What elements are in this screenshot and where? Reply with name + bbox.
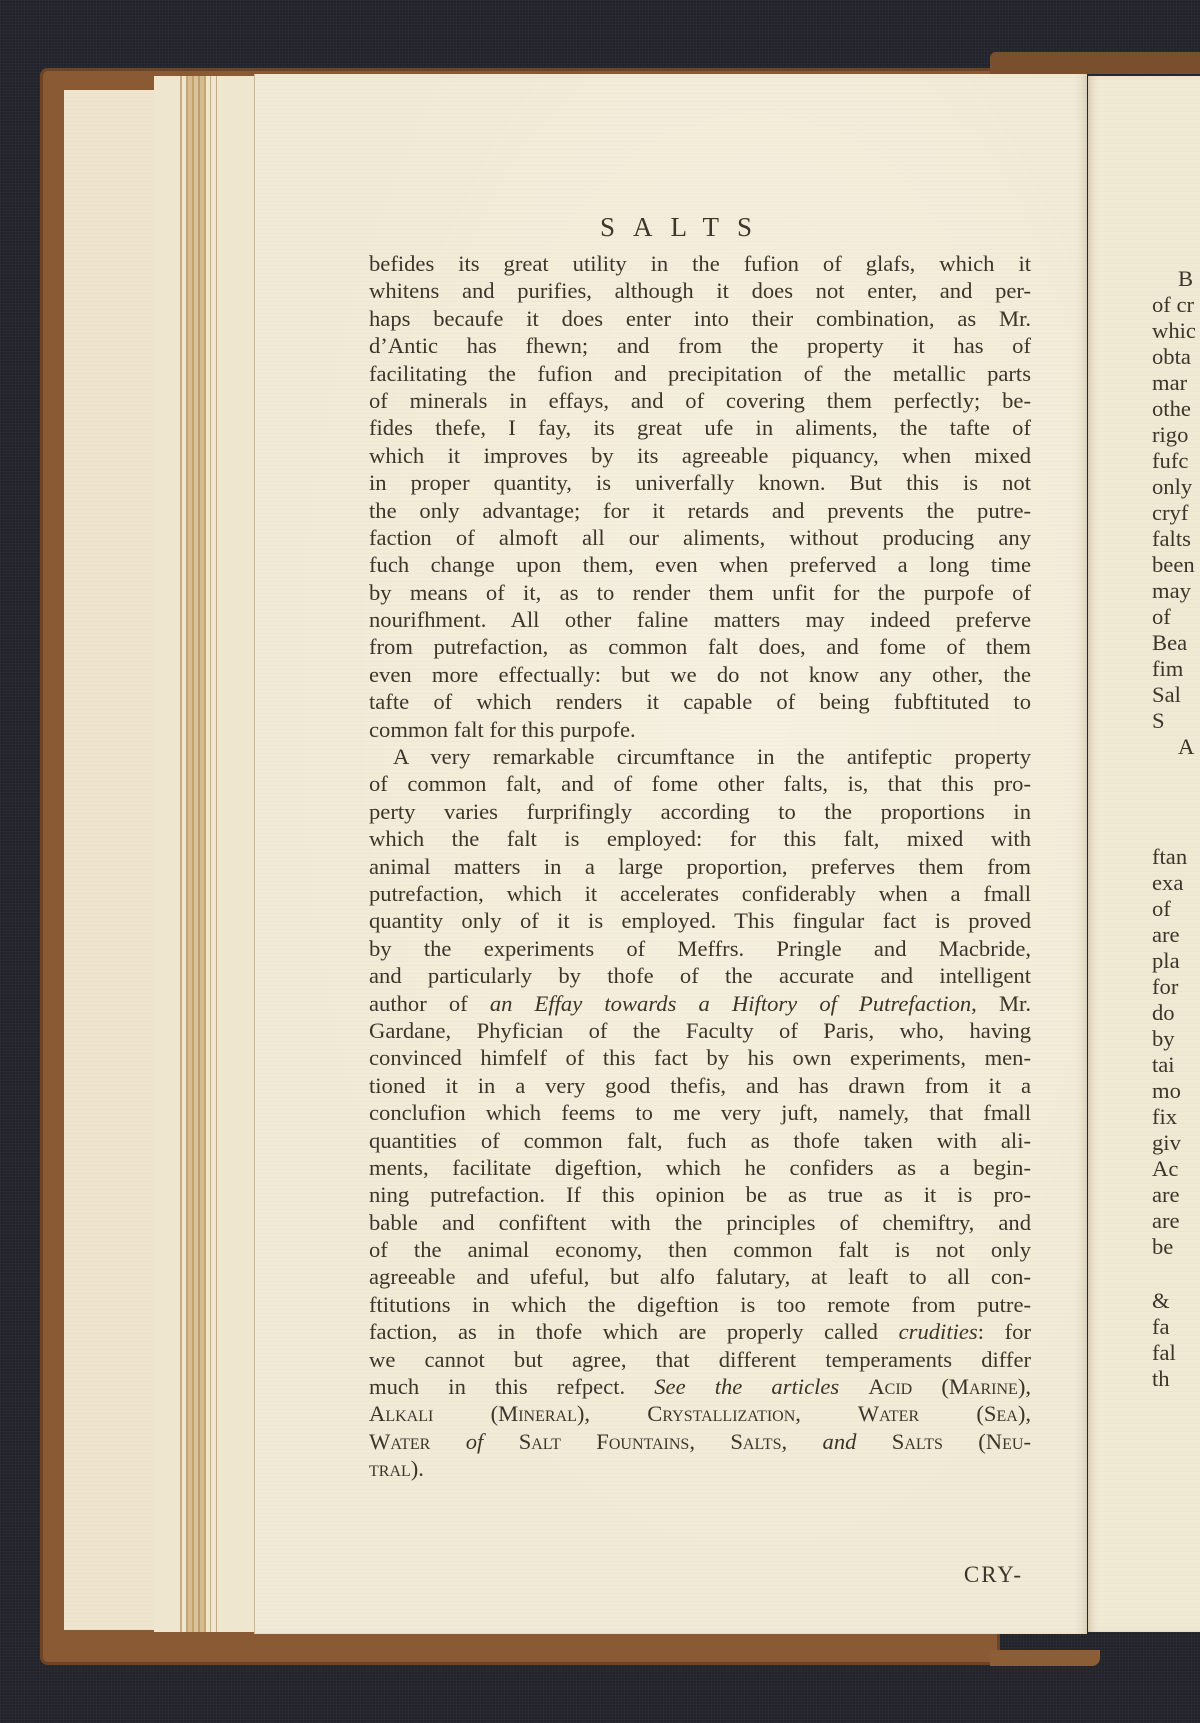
text-line: faction of almoft all our aliments, with… <box>369 524 1031 551</box>
partial-text-line: mar <box>1152 370 1187 396</box>
text-line: Water of Salt Fountains, Salts, and Salt… <box>369 1428 1031 1455</box>
partial-text-line: B <box>1178 266 1193 292</box>
text-line: tioned it in a very good thefis, and has… <box>369 1072 1031 1099</box>
text-line: by means of it, as to render them unfit … <box>369 579 1031 606</box>
partial-text-line: Ac <box>1152 1156 1178 1182</box>
partial-text-line: only <box>1152 474 1192 500</box>
text-line: quantities of common falt, fuch as thofe… <box>369 1127 1031 1154</box>
partial-text-line: tai <box>1152 1052 1175 1078</box>
partial-text-line: & <box>1152 1288 1170 1314</box>
text-line: d’Antic has fhewn; and from the property… <box>369 332 1031 359</box>
text-line: author of an Effay towards a Hiftory of … <box>369 990 1031 1017</box>
text-line: whitens and purifies, although it does n… <box>369 277 1031 304</box>
partial-text-line: mo <box>1152 1078 1181 1104</box>
partial-text-line: A <box>1178 734 1194 760</box>
text-line: nourifhment. All other faline matters ma… <box>369 606 1031 633</box>
text-line: even more effectually: but we do not kno… <box>369 661 1031 688</box>
leather-cover-bottom-edge <box>990 1650 1100 1666</box>
partial-text-line: fa <box>1152 1314 1170 1340</box>
partial-text-line: ftan <box>1152 844 1187 870</box>
text-line: of the animal economy, then common falt … <box>369 1236 1031 1263</box>
text-line: Alkali (Mineral), Crystallization, Water… <box>369 1400 1031 1427</box>
partial-text-line: of <box>1152 896 1171 922</box>
partial-text-line: for <box>1152 974 1178 1000</box>
leather-cover-top-edge <box>990 52 1200 74</box>
partial-text-line: been <box>1152 552 1195 578</box>
text-line: agreeable and ufeful, but alfo falutary,… <box>369 1263 1031 1290</box>
text-line: fides thefe, I fay, its great ufe in ali… <box>369 414 1031 441</box>
text-line: fuch change upon them, even when preferv… <box>369 551 1031 578</box>
text-line: ning putrefaction. If this opinion be as… <box>369 1181 1031 1208</box>
partial-text-line: fix <box>1152 1104 1177 1130</box>
partial-text-line: exa <box>1152 870 1183 896</box>
partial-text-line: are <box>1152 922 1180 948</box>
partial-text-line: pla <box>1152 948 1180 974</box>
partial-text-line: of cr <box>1152 292 1194 318</box>
text-line: haps becaufe it does enter into their co… <box>369 305 1031 332</box>
text-line: convinced himfelf of this fact by his ow… <box>369 1044 1031 1071</box>
partial-text-line: S <box>1152 708 1165 734</box>
text-line: bable and confiftent with the principles… <box>369 1209 1031 1236</box>
text-line: by the experiments of Meffrs. Pringle an… <box>369 935 1031 962</box>
partial-text-line: fal <box>1152 1340 1176 1366</box>
text-line: conclufion which feems to me very juft, … <box>369 1099 1031 1126</box>
right-page-partial: Bof crwhicobtamarotherigofufconlycryffal… <box>1088 76 1200 1632</box>
partial-text-line: by <box>1152 1026 1175 1052</box>
partial-text-line: obta <box>1152 344 1191 370</box>
partial-text-line: whic <box>1152 318 1196 344</box>
text-line: perty varies furprifingly according to t… <box>369 798 1031 825</box>
text-line: which it improves by its agreeable piqua… <box>369 442 1031 469</box>
partial-text-line: othe <box>1152 396 1191 422</box>
partial-text-line: be <box>1152 1234 1173 1260</box>
partial-text-line: giv <box>1152 1130 1181 1156</box>
partial-text-line: are <box>1152 1182 1180 1208</box>
text-line: of common falt, and of fome other falts,… <box>369 770 1031 797</box>
text-line: A very remarkable circumftance in the an… <box>369 743 1031 770</box>
partial-text-line: cryf <box>1152 500 1188 526</box>
text-line: putrefaction, which it accelerates confi… <box>369 880 1031 907</box>
text-line: much in this refpect. See the articles A… <box>369 1373 1031 1400</box>
text-line: faction, as in thofe which are properly … <box>369 1318 1031 1345</box>
left-page: SALTS befides its great utility in the f… <box>254 74 1087 1634</box>
text-line: common falt for this purpofe. <box>369 716 1031 743</box>
partial-text-line: Sal <box>1152 682 1181 708</box>
text-line: quantity only of it is employed. This fi… <box>369 907 1031 934</box>
partial-text-line: rigo <box>1152 422 1188 448</box>
partial-text-line: Bea <box>1152 630 1187 656</box>
partial-text-line: fufc <box>1152 448 1188 474</box>
text-line: which the falt is employed: for this fal… <box>369 825 1031 852</box>
text-line: from putrefaction, as common falt does, … <box>369 633 1031 660</box>
partial-text-line: may <box>1152 578 1191 604</box>
text-line: tafte of which renders it capable of bei… <box>369 688 1031 715</box>
partial-text-line: do <box>1152 1000 1175 1026</box>
partial-text-line: of <box>1152 604 1171 630</box>
catchword: CRY- <box>964 1562 1023 1588</box>
text-line: and particularly by thofe of the accurat… <box>369 962 1031 989</box>
body-text: befides its great utility in the fufion … <box>369 250 1031 1483</box>
text-line: ments, facilitate digeftion, which he co… <box>369 1154 1031 1181</box>
text-line: tral). <box>369 1455 1031 1482</box>
endpaper <box>64 90 154 1630</box>
text-line: of minerals in effays, and of covering t… <box>369 387 1031 414</box>
partial-text-line: th <box>1152 1366 1170 1392</box>
text-line: ftitutions in which the digeftion is too… <box>369 1291 1031 1318</box>
text-line: befides its great utility in the fufion … <box>369 250 1031 277</box>
text-line: we cannot but agree, that different temp… <box>369 1346 1031 1373</box>
text-line: facilitating the fufion and precipitatio… <box>369 360 1031 387</box>
text-line: in proper quantity, is univerfally known… <box>369 469 1031 496</box>
partial-text-line: fim <box>1152 656 1183 682</box>
page-edges-stack <box>154 76 254 1632</box>
text-line: the only advantage; for it retards and p… <box>369 497 1031 524</box>
running-head: SALTS <box>255 212 1101 243</box>
partial-text-line: falts <box>1152 526 1191 552</box>
partial-text-line: are <box>1152 1208 1180 1234</box>
text-line: Gardane, Phyfician of the Faculty of Par… <box>369 1017 1031 1044</box>
text-line: animal matters in a large proportion, pr… <box>369 853 1031 880</box>
